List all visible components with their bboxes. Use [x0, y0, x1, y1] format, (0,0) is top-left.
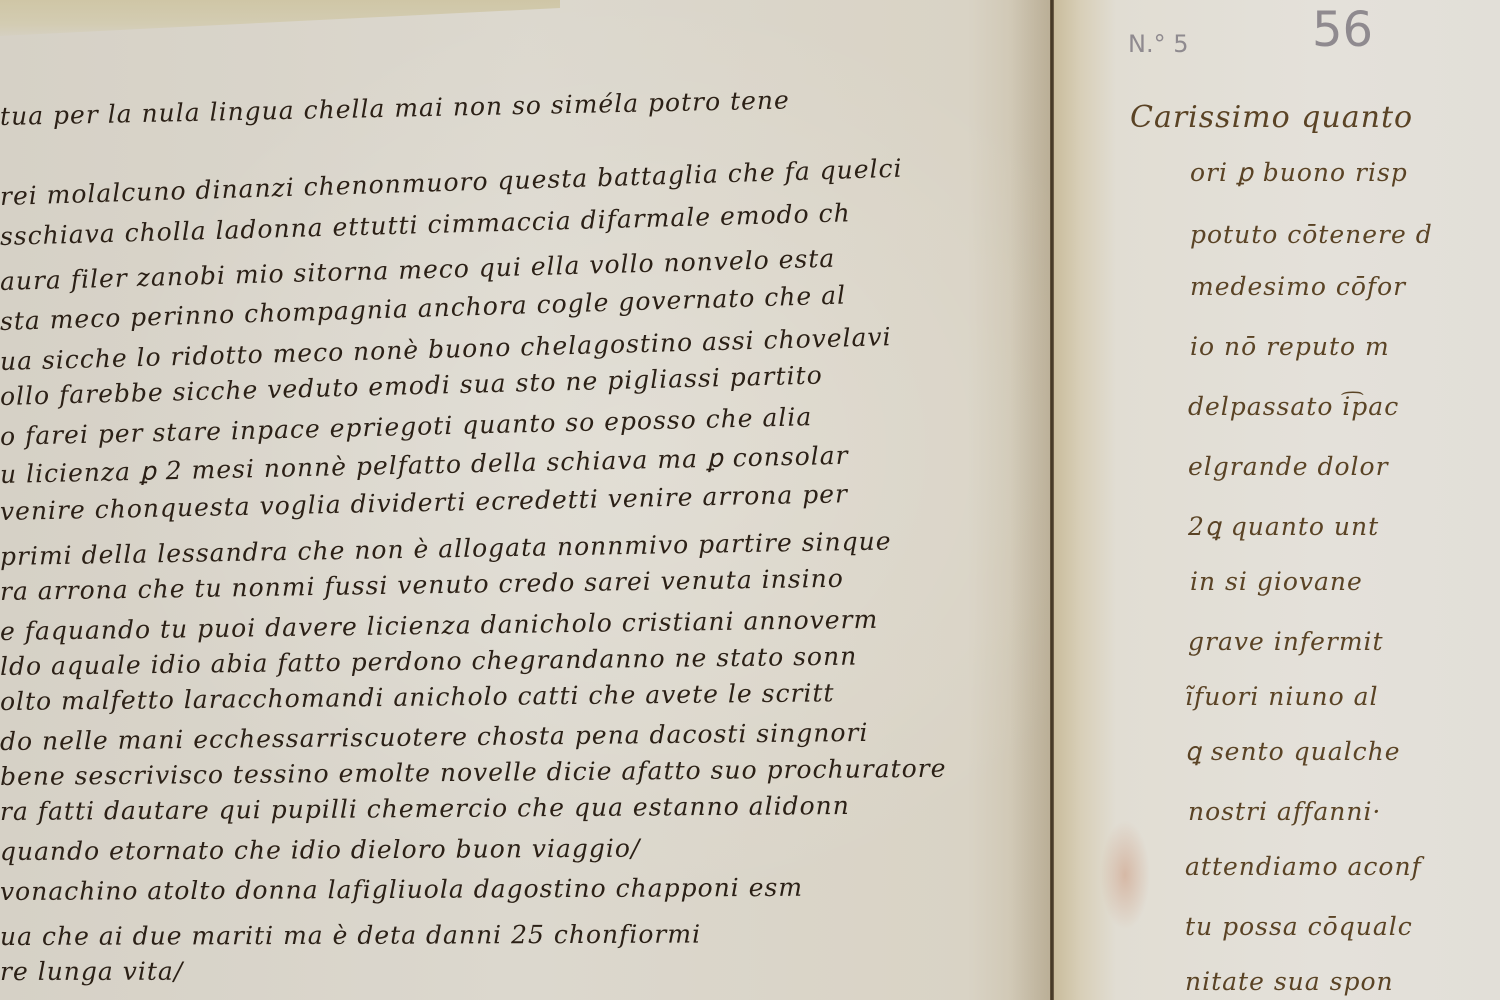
- manuscript-line: io nō reputo m: [1190, 332, 1390, 361]
- manuscript-line: bene sescrivisco tessino emolte novelle …: [0, 754, 947, 791]
- manuscript-line: ori ꝑ buono risp: [1190, 158, 1408, 187]
- manuscript-line: nitate sua spon: [1185, 967, 1394, 996]
- manuscript-line: elgrande dolor: [1188, 452, 1389, 481]
- manuscript-line: delpassato i͡pac: [1188, 392, 1399, 421]
- manuscript-line: ra fatti dautare qui pupilli chemercio c…: [0, 791, 850, 826]
- manuscript-line: venire chonquesta voglia dividerti ecred…: [0, 479, 848, 526]
- manuscript-line: re lunga vita/: [0, 957, 183, 986]
- manuscript-line: potuto cōtenere d: [1190, 220, 1433, 249]
- left-page-top-edge: [0, 0, 560, 40]
- manuscript-line: do nelle mani ecchessarriscuotere chosta…: [0, 718, 869, 756]
- manuscript-line: ua che ai due mariti ma è deta danni 25 …: [0, 920, 701, 951]
- manuscript-line: Carissimo quanto: [1130, 100, 1413, 135]
- manuscript-line: quando etornato che idio dieloro buon vi…: [0, 834, 640, 866]
- paper-stain: [1100, 820, 1150, 930]
- manuscript-line: vonachino atolto donna lafigliuola dagos…: [0, 873, 803, 906]
- manuscript-line: olto malfetto laracchomandi anicholo cat…: [0, 678, 835, 716]
- manuscript-line: ra arrona che tu nonmi fussi venuto cred…: [0, 564, 844, 606]
- manuscript-line: attendiamo aconf: [1185, 852, 1422, 881]
- folio-number: 56: [1312, 2, 1373, 58]
- manuscript-line: e faquando tu puoi davere licienza danic…: [0, 605, 878, 646]
- binding-shadow: [1010, 0, 1050, 1000]
- manuscript-line: ꝗ sento qualche: [1185, 737, 1401, 766]
- manuscript-line: tu possa cōqualc: [1185, 912, 1413, 941]
- manuscript-line: 2ꝗ quanto unt: [1188, 512, 1379, 541]
- manuscript-line: tua per la nula lingua chella mai non so…: [0, 85, 790, 131]
- manuscript-line: ldo aquale idio abia fatto perdono chegr…: [0, 642, 857, 681]
- folio-number-label: N.° 5: [1128, 30, 1188, 58]
- manuscript-line: ĩfuori niuno al: [1185, 682, 1379, 711]
- manuscript-line: grave infermit: [1188, 627, 1384, 656]
- manuscript-spread: tua per la nula lingua chella mai non so…: [0, 0, 1500, 1000]
- manuscript-line: in si giovane: [1190, 567, 1363, 596]
- manuscript-line: nostri affanni·: [1188, 797, 1381, 826]
- manuscript-line: medesimo cōfor: [1190, 272, 1406, 301]
- left-page: tua per la nula lingua chella mai non so…: [0, 0, 1052, 1000]
